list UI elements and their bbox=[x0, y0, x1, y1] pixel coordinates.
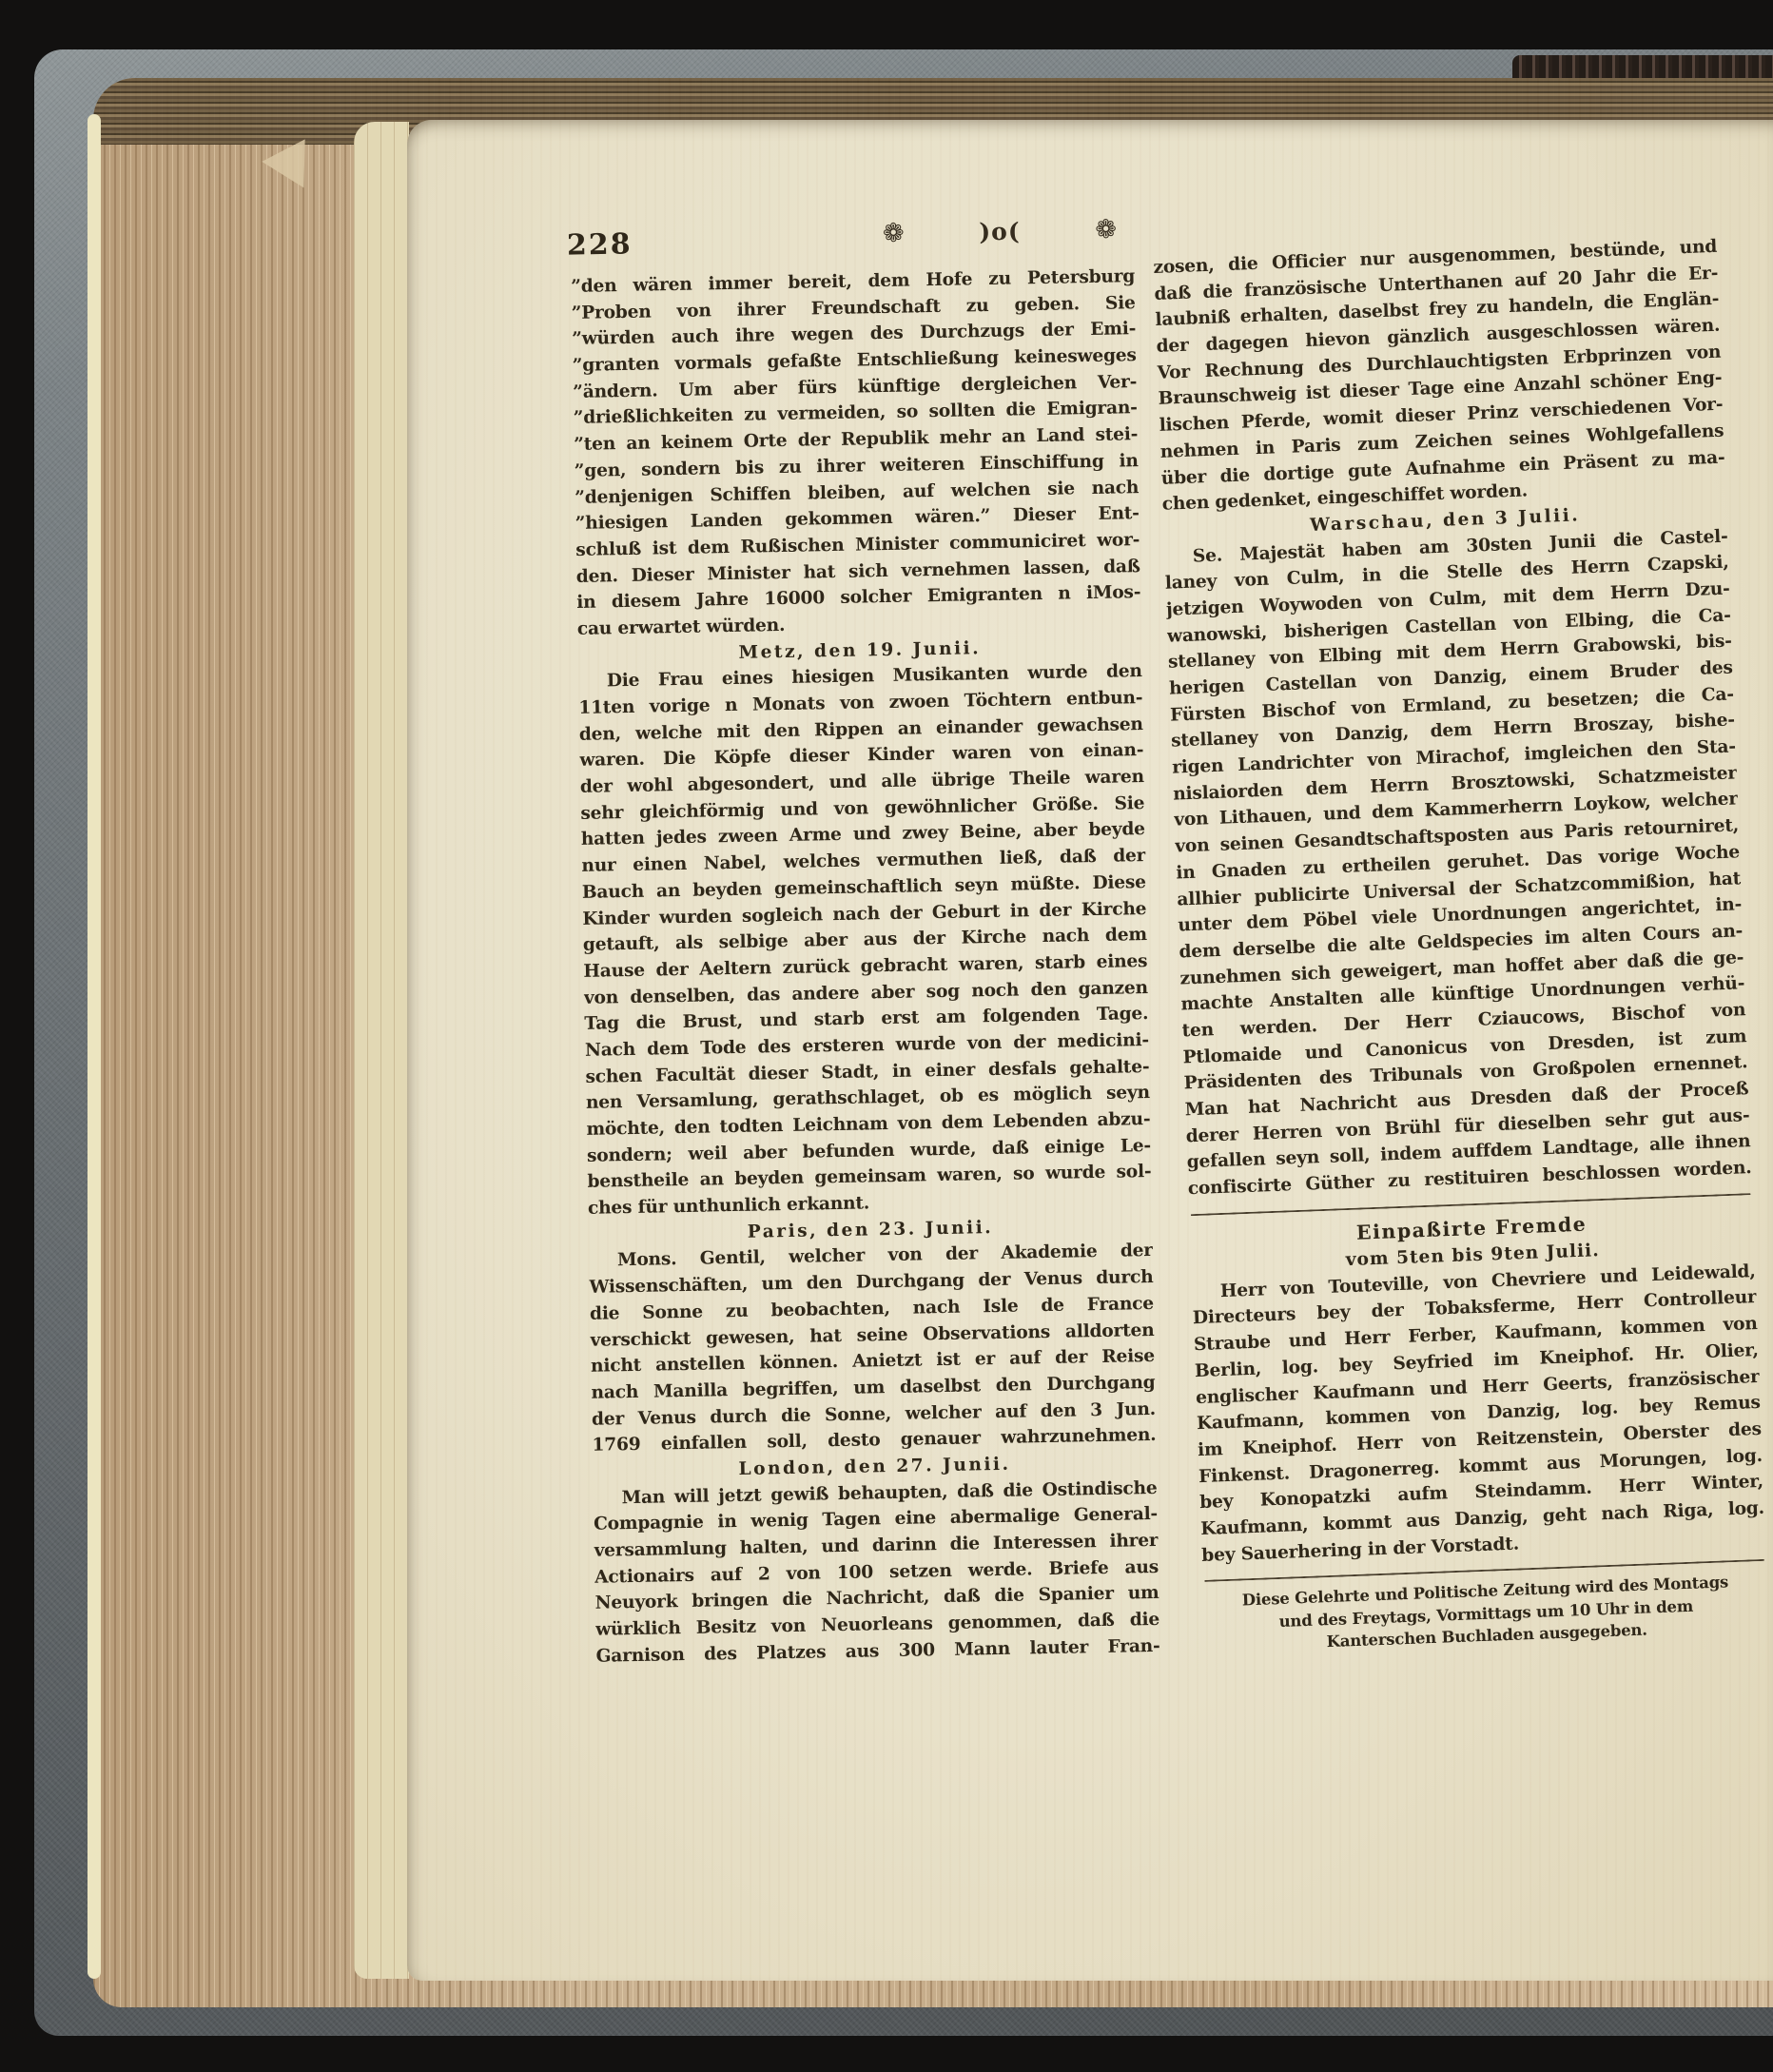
book-scan: 228 ❁ )o( ❁ ”den wären immer bereit, dem… bbox=[0, 0, 1773, 2072]
page-number: 228 bbox=[567, 227, 633, 262]
signature-mark: )o( bbox=[979, 218, 1021, 246]
fleuron-icon: ❁ bbox=[883, 219, 905, 248]
right-column: zosen, die Officier nur ausgenommen, bes… bbox=[1153, 234, 1769, 1658]
fleuron-icon: ❁ bbox=[1095, 215, 1117, 244]
left-column: ”den wären immer bereit, dem Hofe zu Pet… bbox=[571, 264, 1160, 1670]
endpaper-edge bbox=[88, 114, 101, 1979]
header-ornaments: ❁ )o( ❁ bbox=[883, 215, 1118, 248]
page-inner-edge bbox=[354, 122, 409, 1979]
